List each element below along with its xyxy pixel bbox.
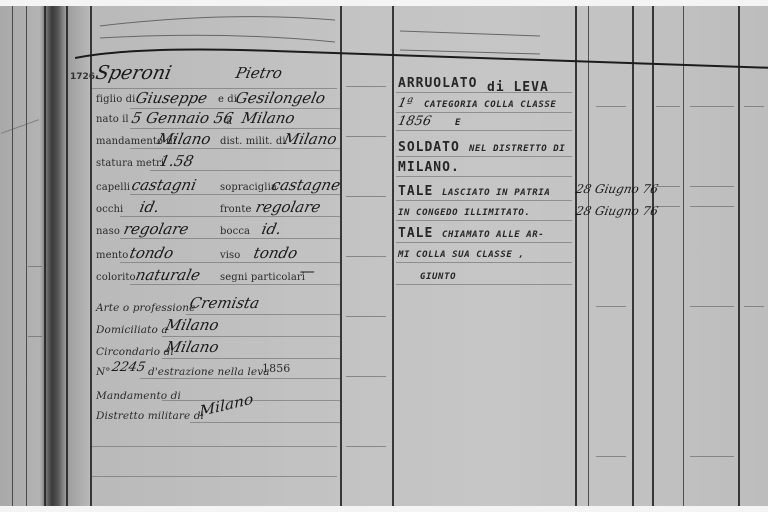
column-rule xyxy=(632,6,634,506)
height-value: 1.58 xyxy=(158,152,195,170)
label-circondario: Circondario di xyxy=(96,346,174,358)
column-rule xyxy=(738,6,740,506)
entry-line xyxy=(92,476,337,477)
label-profession: Arte o professione xyxy=(96,302,195,314)
birth-date: 5 Gennaio 56 xyxy=(130,109,235,127)
entry-line xyxy=(396,262,572,263)
label-born: nato il xyxy=(96,114,129,125)
label-eyebrows: sopraciglia xyxy=(220,182,277,193)
eyebrows-value: castagne xyxy=(270,176,342,194)
draw-number-value: 2245 xyxy=(110,360,146,375)
chin-value: tondo xyxy=(128,244,175,262)
left-page-mark xyxy=(28,336,42,337)
entry-line xyxy=(190,422,340,423)
entry-line xyxy=(396,200,572,201)
label-at: a xyxy=(226,116,232,127)
column-dash xyxy=(690,306,734,307)
service-date: 28 Giugno 76 xyxy=(575,204,660,218)
label-marks: segni particolari xyxy=(220,272,305,283)
column-dash xyxy=(690,106,734,107)
service-line-text: GIUNTO xyxy=(420,272,456,282)
entry-line xyxy=(396,220,572,221)
entry-line xyxy=(150,170,340,171)
column-dash xyxy=(656,186,680,187)
service-line-lead: ARRUOLATO xyxy=(398,76,477,91)
column-dash xyxy=(596,106,626,107)
column-dash xyxy=(656,106,680,107)
label-face: viso xyxy=(220,250,240,261)
register-page: 1726 Speroni Pietro figlio di Giuseppe e… xyxy=(0,6,768,506)
column-rule xyxy=(652,6,654,506)
entry-line xyxy=(162,336,340,337)
label-draw-suffix: d'estrazione nella leva xyxy=(148,366,270,378)
column-dash xyxy=(346,446,386,447)
entry-line xyxy=(396,176,572,177)
left-page-mark xyxy=(1,119,39,134)
service-line-lead: 1ª xyxy=(396,96,414,111)
label-domicile: Domiciliato a xyxy=(96,324,168,336)
label-nose: naso xyxy=(96,226,120,237)
entry-line xyxy=(396,242,572,243)
column-rule xyxy=(575,6,577,506)
column-dash xyxy=(346,196,386,197)
mouth-value: id. xyxy=(260,220,283,238)
service-line-text: IN CONGEDO ILLIMITATO. xyxy=(398,208,530,218)
birth-place: Milano xyxy=(240,109,296,127)
label-height: statura metri xyxy=(96,158,164,169)
forehead-value: regolare xyxy=(254,198,322,216)
column-dash xyxy=(596,456,626,457)
entry-line xyxy=(396,284,572,285)
left-page-rule xyxy=(44,6,46,506)
service-line-lead: TALE xyxy=(398,184,433,199)
column-dash xyxy=(596,306,626,307)
circondario-value: Milano xyxy=(164,338,220,356)
entry-line xyxy=(396,92,572,93)
entry-line xyxy=(120,238,340,239)
given-name: Pietro xyxy=(234,64,284,82)
label-draw-number: N° xyxy=(96,366,111,378)
marks-value: — xyxy=(298,262,317,280)
face-value: tondo xyxy=(252,244,299,262)
entry-line xyxy=(130,128,340,129)
service-line-lead: SOLDATO xyxy=(398,140,460,155)
hair-value: castagni xyxy=(130,176,198,194)
district-value: Milano xyxy=(282,130,338,148)
column-dash xyxy=(346,136,386,137)
column-rule xyxy=(340,6,342,506)
left-page-mark xyxy=(28,266,42,267)
service-line-text: E xyxy=(455,118,461,128)
label-district: dist. milit. di xyxy=(220,136,286,147)
eyes-value: id. xyxy=(138,198,161,216)
binding-rule xyxy=(66,6,68,506)
entry-line xyxy=(130,194,340,195)
row-separator xyxy=(75,6,768,76)
entry-line xyxy=(396,130,572,131)
column-dash xyxy=(744,306,764,307)
label-chin: mento xyxy=(96,250,128,261)
entry-line xyxy=(130,148,340,149)
column-dash xyxy=(346,316,386,317)
column-dash xyxy=(690,186,734,187)
column-dash xyxy=(346,256,386,257)
entry-line xyxy=(140,378,340,379)
column-dash xyxy=(656,206,680,207)
label-son-of: figlio di xyxy=(96,94,135,105)
nose-value: regolare xyxy=(122,220,190,238)
entry-line xyxy=(92,446,337,447)
column-rule xyxy=(392,6,394,506)
profession-value: Cremista xyxy=(188,294,261,312)
service-line-text: CATEGORIA COLLA CLASSE xyxy=(424,100,556,110)
column-dash xyxy=(690,456,734,457)
entry-line xyxy=(186,314,340,315)
label-mouth: bocca xyxy=(220,226,250,237)
service-date: 28 Giugno 76 xyxy=(575,182,660,196)
column-dash xyxy=(346,86,386,87)
label-forehead: fronte xyxy=(220,204,251,215)
left-page-rule xyxy=(12,6,13,506)
military-district-value: Milano xyxy=(199,390,253,420)
column-rule xyxy=(588,6,589,506)
left-page-rule xyxy=(26,6,27,506)
service-line-lead: 1856 xyxy=(396,114,432,129)
label-hair: capelli xyxy=(96,182,130,193)
column-dash xyxy=(346,376,386,377)
service-line-lead: MILANO. xyxy=(398,160,460,175)
mandamento-value: Milano xyxy=(156,130,212,148)
service-line-text: NEL DISTRETTO DI xyxy=(469,144,565,154)
levy-year: 1856 xyxy=(262,362,290,375)
service-line-text: CHIAMATO ALLE AR- xyxy=(442,230,544,240)
label-complexion: colorito xyxy=(96,272,136,283)
service-line-lead: TALE xyxy=(398,226,433,241)
complexion-value: naturale xyxy=(134,266,202,284)
entry-line xyxy=(396,112,572,113)
label-eyes: occhi xyxy=(96,204,123,215)
column-dash xyxy=(744,106,764,107)
entry-line xyxy=(162,358,340,359)
service-line-text: LASCIATO IN PATRIA xyxy=(442,188,550,198)
entry-line xyxy=(120,216,340,217)
service-line-text: MI COLLA SUA CLASSE , xyxy=(398,250,524,260)
mother-name: Gesilongelo xyxy=(234,89,327,107)
entry-line xyxy=(130,284,340,285)
father-name: Giuseppe xyxy=(134,89,209,107)
domicile-value: Milano xyxy=(164,316,220,334)
column-rule xyxy=(683,6,684,506)
register-number: 1726 xyxy=(70,72,95,82)
entry-line xyxy=(396,156,572,157)
label-military-district: Distretto militare di xyxy=(96,410,204,422)
surname: Speroni xyxy=(94,62,174,84)
column-dash xyxy=(690,206,734,207)
